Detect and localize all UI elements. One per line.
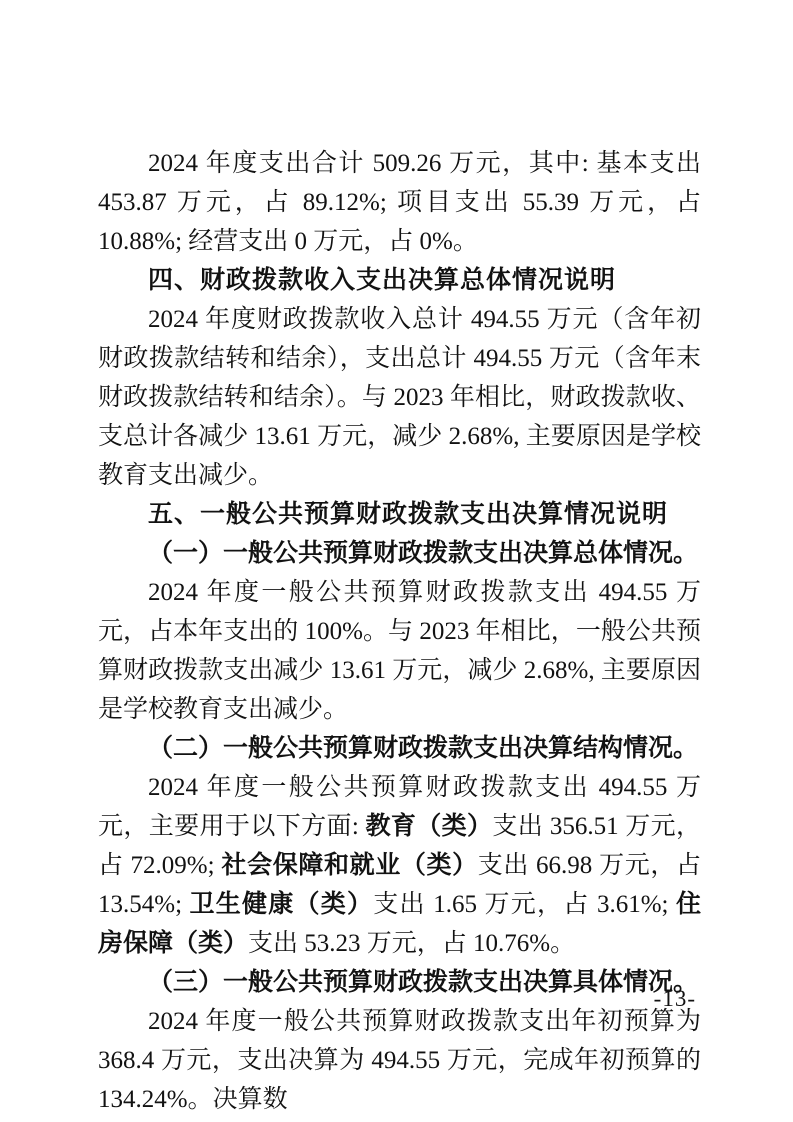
page-number: -13-: [654, 986, 696, 1012]
text-run: （一）一般公共预算财政拨款支出决算总体情况。: [148, 540, 698, 567]
document-page: 2024 年度支出合计 509.26 万元，其中: 基本支出 453.87 万元…: [0, 0, 793, 1122]
paragraph: 2024 年度一般公共预算财政拨款支出 494.55 万元，主要用于以下方面: …: [98, 768, 701, 963]
bold-term: 教育（类）: [365, 813, 492, 840]
section-heading: 五、一般公共预算财政拨款支出决算情况说明: [98, 495, 701, 534]
text-run: 支出 53.23 万元，占 10.76%。: [248, 930, 575, 957]
text-run: 2024 年度支出合计 509.26 万元，其中: 基本支出 453.87 万元…: [98, 150, 701, 255]
paragraph: 2024 年度财政拨款收入总计 494.55 万元（含年初财政拨款结转和结余），…: [98, 300, 701, 495]
section-heading: 四、财政拨款收入支出决算总体情况说明: [98, 261, 701, 300]
text-run: 2024 年度财政拨款收入总计 494.55 万元（含年初财政拨款结转和结余），…: [98, 306, 701, 489]
sub-heading: （三）一般公共预算财政拨款支出决算具体情况。: [98, 963, 701, 1002]
text-run: 2024 年度一般公共预算财政拨款支出年初预算为 368.4 万元，支出决算为 …: [98, 1008, 701, 1113]
sub-heading: （二）一般公共预算财政拨款支出决算结构情况。: [98, 729, 701, 768]
text-run: 四、财政拨款收入支出决算总体情况说明: [148, 266, 616, 294]
text-run: 支出 1.65 万元，占 3.61%;: [373, 891, 676, 918]
bold-term: 社会保障和就业（类）: [221, 852, 477, 879]
paragraph: 2024 年度一般公共预算财政拨款支出年初预算为 368.4 万元，支出决算为 …: [98, 1002, 701, 1119]
text-run: （二）一般公共预算财政拨款支出决算结构情况。: [148, 735, 698, 762]
text-run: 五、一般公共预算财政拨款支出决算情况说明: [148, 500, 668, 528]
bold-term: 卫生健康（类）: [190, 891, 374, 918]
document-content: 2024 年度支出合计 509.26 万元，其中: 基本支出 453.87 万元…: [98, 144, 701, 1119]
paragraph: 2024 年度一般公共预算财政拨款支出 494.55 万元，占本年支出的 100…: [98, 573, 701, 729]
text-run: 2024 年度一般公共预算财政拨款支出 494.55 万元，占本年支出的 100…: [98, 579, 701, 723]
sub-heading: （一）一般公共预算财政拨款支出决算总体情况。: [98, 534, 701, 573]
paragraph: 2024 年度支出合计 509.26 万元，其中: 基本支出 453.87 万元…: [98, 144, 701, 261]
text-run: （三）一般公共预算财政拨款支出决算具体情况。: [148, 969, 698, 996]
